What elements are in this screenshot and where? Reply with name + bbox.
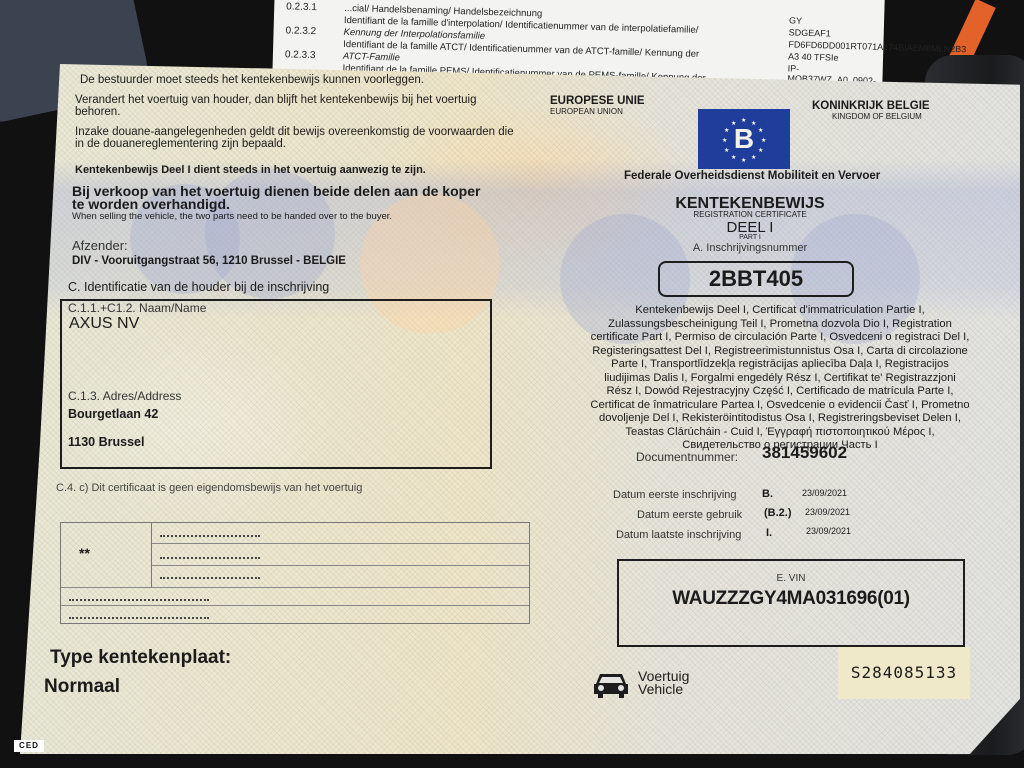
ownership-note: C.4. c) Dit certificaat is geen eigendom… [56,482,362,494]
vin-label: E. VIN [619,573,963,584]
notice-customs: Inzake douane-aangelegenheden geldt dit … [75,126,515,150]
certificate-part-en: PART I [640,234,860,241]
date-row-label: Datum eerste inschrijving [613,489,737,501]
dotted-line [69,599,209,601]
registration-certificate: De bestuurder moet steeds het kentekenbe… [20,64,1020,754]
row-value: GY [789,15,802,25]
date-row-value: 23/09/2021 [805,507,850,517]
multilingual-title: Kentekenbewijs Deel I, Certificat d'imma… [590,304,970,453]
holder-name-label: C.1.1.+C1.2. Naam/Name [68,301,206,315]
eu-label-en: EUROPEAN UNION [550,107,623,116]
dotted-line [69,617,209,619]
watermark-logo: CED [14,740,44,752]
plate-type-value: Normaal [44,676,120,698]
country-label: KONINKRIJK BELGIE [812,100,930,112]
row-code: 0.2.3.1 [286,1,317,13]
holder-name: AXUS NV [69,315,139,333]
sender-label: Afzender: [72,238,128,253]
dotted-line [160,557,260,559]
plate-type-label: Type kentekenplaat: [50,647,231,669]
signature-area: ** [60,522,530,624]
holder-address-label: C.1.3. Adres/Address [68,389,181,403]
signature-marker: ** [79,545,90,561]
document-number: 381459602 [762,443,847,463]
notice-sale-en: When selling the vehicle, the two parts … [72,211,512,222]
dotted-line [160,577,260,579]
notice-keep-in-vehicle: Kentekenbewijs Deel I dient steeds in he… [75,164,515,176]
certificate-title-en: REGISTRATION CERTIFICATE [640,210,860,219]
eu-belgium-flag: ★ ★ ★ ★ ★ ★ ★ ★ ★ ★ ★ ★ B [698,109,790,169]
signature-lines [151,523,530,587]
country-label-en: KINGDOM OF BELGIUM [832,112,922,121]
date-row-value: 23/09/2021 [806,526,851,536]
vin-box: E. VIN WAUZZZGY4MA031696(01) [617,559,965,647]
background-object-label: Pilot [0,0,20,25]
dotted-line [160,535,260,537]
notice-change-holder: Verandert het voertuig van houder, dan b… [75,94,495,118]
holder-section-title: C. Identificatie van de houder bij de in… [68,280,329,294]
notice-present: De bestuurder moet steeds het kentekenbe… [80,74,500,86]
car-icon [592,670,630,700]
notice-sale-nl: Bij verkoop van het voertuig dienen beid… [72,185,492,211]
eu-label: EUROPESE UNIE [550,95,645,107]
registration-number-label: A. Inschrijvingsnummer [640,242,860,254]
row-value: SDGEAF1 [789,27,831,38]
date-row-value: 23/09/2021 [802,488,847,498]
date-row-code: (B.2.) [764,507,792,519]
sender-address: DIV - Vooruitgangstraat 56, 1210 Brussel… [72,255,346,267]
document-number-label: Documentnummer: [636,450,738,464]
date-row-label: Datum eerste gebruik [637,509,742,521]
holder-box: C.1.1.+C1.2. Naam/Name AXUS NV C.1.3. Ad… [60,299,492,469]
row-value: A3 40 TFSIe [788,51,839,62]
serial-number-sticker: S284085133 [838,647,970,699]
date-row-code: I. [766,527,772,539]
agency-name: Federale Overheidsdienst Mobiliteit en V… [624,170,880,182]
row-code: 0.2.3.2 [285,25,316,37]
vin-value: WAUZZZGY4MA031696(01) [619,588,963,610]
date-row-code: B. [762,488,773,500]
vehicle-label-en: Vehicle [638,683,683,696]
registration-number: 2BBT405 [658,261,854,297]
holder-address-street: Bourgetlaan 42 [68,407,158,421]
row-code: 0.2.3.3 [285,49,316,61]
date-row-label: Datum laatste inschrijving [616,529,741,541]
eu-stars-icon: ★ ★ ★ ★ ★ ★ ★ ★ ★ ★ ★ ★ [722,117,766,161]
holder-address-city: 1130 Brussel [68,435,144,449]
